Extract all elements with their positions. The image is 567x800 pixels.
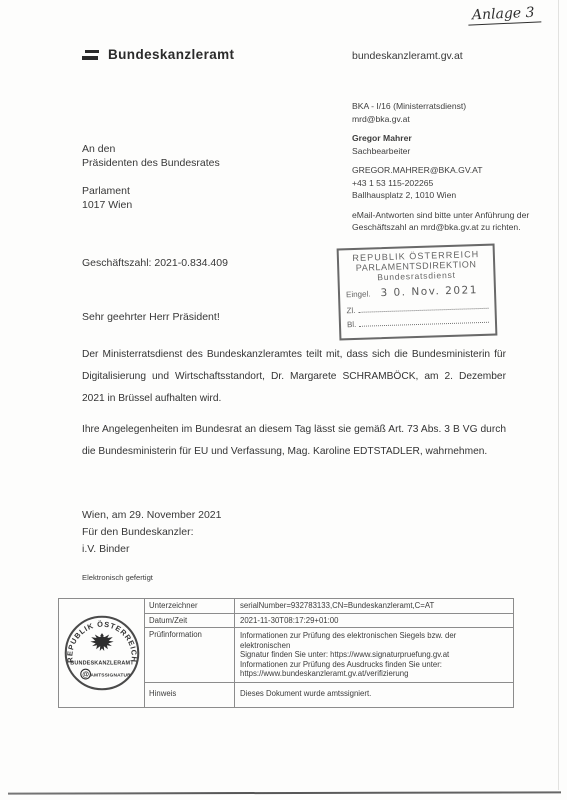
- contact-name: Gregor Mahrer: [352, 132, 542, 145]
- recipient-line1: An den: [82, 142, 220, 156]
- closing-place-date: Wien, am 29. November 2021: [82, 507, 221, 524]
- contact-unit: BKA - I/16 (Ministerratsdienst): [352, 100, 542, 113]
- signature-table-rows: Unterzeichner serialNumber=932783133,CN=…: [145, 599, 513, 707]
- row-value: 2021-11-30T08:17:29+01:00: [235, 614, 513, 628]
- seal-bottom-text: AMTSSIGNATUR: [90, 672, 131, 678]
- stamp-zl-row: Zl.: [346, 300, 488, 314]
- contact-email: GREGOR.MAHRER@BKA.GV.AT: [352, 164, 542, 177]
- bundeskanzleramt-logo-icon: [82, 50, 99, 60]
- stamp-received-row: Eingel. 3 0. Nov. 2021: [346, 284, 488, 300]
- row-label: Unterzeichner: [145, 599, 235, 613]
- scan-edge-artifact-bottom: [8, 791, 561, 794]
- table-row-unterzeichner: Unterzeichner serialNumber=932783133,CN=…: [145, 599, 513, 614]
- contact-block: BKA - I/16 (Ministerratsdienst) mrd@bka.…: [352, 100, 542, 241]
- contact-address: Ballhausplatz 2, 1010 Wien: [352, 189, 542, 202]
- stamp-bl-row: Bl.: [347, 315, 489, 329]
- signature-verification-table: REPUBLIK ÖSTERREICH BUNDESKANZLERAMT @ A…: [58, 598, 514, 708]
- body-paragraph-2: Ihre Angelegenheiten im Bundesrat an die…: [82, 419, 506, 463]
- contact-note-line2: Geschäftszahl an mrd@bka.gv.at zu richte…: [352, 221, 542, 234]
- table-row-pruefinformation: Prüfinformation Informationen zur Prüfun…: [145, 628, 513, 683]
- handwritten-annotation: Anlage 3: [468, 4, 541, 25]
- electronic-filing-note: Elektronisch gefertigt: [82, 573, 153, 582]
- contact-unit-email: mrd@bka.gv.at: [352, 113, 542, 126]
- stamp-bl-label: Bl.: [347, 320, 357, 329]
- row-label: Hinweis: [145, 683, 235, 707]
- contact-role: Sachbearbeiter: [352, 145, 542, 158]
- stamp-received-label: Eingel.: [346, 289, 371, 299]
- recipient-line2: Präsidenten des Bundesrates: [82, 156, 220, 170]
- website-text: bundeskanzleramt.gv.at: [352, 50, 463, 62]
- row-value: Informationen zur Prüfung des elektronis…: [235, 628, 513, 682]
- row-label: Datum/Zeit: [145, 614, 235, 628]
- letterhead: Bundeskanzleramt: [82, 47, 234, 62]
- scanned-letter-page: Anlage 3 Bundeskanzleramt bundeskanzlera…: [0, 0, 567, 800]
- recipient-line4: 1017 Wien: [82, 198, 220, 212]
- contact-person-group: Gregor Mahrer Sachbearbeiter: [352, 132, 542, 157]
- reference-number: Geschäftszahl: 2021-0.834.409: [82, 257, 228, 269]
- contact-note-group: eMail-Antworten sind bitte unter Anführu…: [352, 209, 542, 234]
- contact-details-group: GREGOR.MAHRER@BKA.GV.AT +43 1 53 115-202…: [352, 164, 542, 202]
- seal-graphic: REPUBLIK ÖSTERREICH BUNDESKANZLERAMT @ A…: [63, 614, 141, 692]
- closing-on-behalf: Für den Bundeskanzler:: [82, 524, 221, 541]
- row-label: Prüfinformation: [145, 628, 235, 682]
- seal-org-text: BUNDESKANZLERAMT: [70, 660, 134, 666]
- salutation: Sehr geehrter Herr Präsident!: [82, 311, 220, 323]
- stamp-zl-dotted-line: [358, 300, 488, 312]
- at-icon: @: [82, 671, 89, 678]
- stamp-zl-label: Zl.: [346, 305, 355, 314]
- contact-note-line1: eMail-Antworten sind bitte unter Anführu…: [352, 209, 542, 222]
- closing-signer: i.V. Binder: [82, 541, 221, 558]
- contact-unit-group: BKA - I/16 (Ministerratsdienst) mrd@bka.…: [352, 100, 542, 125]
- body-paragraph-1: Der Ministerratsdienst des Bundeskanzler…: [82, 344, 506, 410]
- stamp-received-date: 3 0. Nov. 2021: [370, 284, 488, 300]
- stamp-bl-dotted-line: [359, 315, 489, 327]
- row-value: Dieses Dokument wurde amtssigniert.: [235, 683, 513, 707]
- contact-phone: +43 1 53 115-202265: [352, 177, 542, 190]
- amtssignatur-seal: REPUBLIK ÖSTERREICH BUNDESKANZLERAMT @ A…: [59, 599, 145, 707]
- closing-block: Wien, am 29. November 2021 Für den Bunde…: [82, 507, 221, 558]
- eagle-icon: [90, 633, 113, 651]
- row-value: serialNumber=932783133,CN=Bundeskanzlera…: [235, 599, 513, 613]
- recipient-line3: Parlament: [82, 184, 220, 198]
- table-row-hinweis: Hinweis Dieses Dokument wurde amtssignie…: [145, 683, 513, 707]
- brand-name: Bundeskanzleramt: [108, 47, 234, 62]
- recipient-address: An den Präsidenten des Bundesrates Parla…: [82, 142, 220, 212]
- scan-edge-artifact-right: [558, 0, 559, 790]
- incoming-stamp: REPUBLIK ÖSTERREICH PARLAMENTSDIREKTION …: [337, 244, 498, 341]
- table-row-datum-zeit: Datum/Zeit 2021-11-30T08:17:29+01:00: [145, 614, 513, 629]
